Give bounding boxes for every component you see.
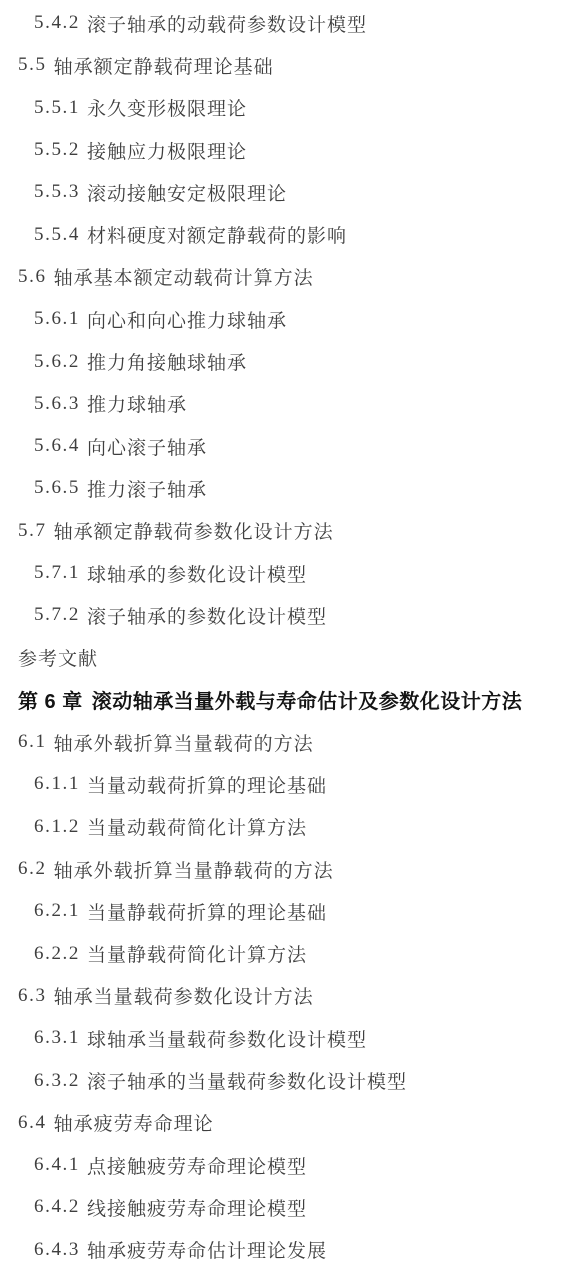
toc-item-title: 轴承疲劳寿命估计理论发展 <box>87 1236 327 1263</box>
toc-item: 5.7轴承额定静载荷参数化设计方法 <box>0 510 572 552</box>
toc-item-number: 5.5.1 <box>34 97 80 119</box>
toc-item: 6.1轴承外载折算当量载荷的方法 <box>0 721 572 763</box>
toc-item: 6.3轴承当量载荷参数化设计方法 <box>0 975 572 1017</box>
toc-item-number: 5.5.2 <box>34 139 80 161</box>
toc-item-number: 6.3.2 <box>34 1070 80 1092</box>
toc-item-title: 轴承额定静载荷参数化设计方法 <box>54 517 334 544</box>
toc-item-title: 轴承基本额定动载荷计算方法 <box>54 263 314 290</box>
toc-item: 5.5轴承额定静载荷理论基础 <box>0 44 572 86</box>
toc-page: 5.4.2滚子轴承的动载荷参数设计模型5.5轴承额定静载荷理论基础5.5.1永久… <box>0 0 572 1273</box>
toc-item-number: 5.7.2 <box>34 604 80 626</box>
toc-item-title: 材料硬度对额定静载荷的影响 <box>87 221 347 248</box>
toc-item: 6.4.2线接触疲劳寿命理论模型 <box>0 1186 572 1228</box>
toc-item: 6.3.1球轴承当量载荷参数化设计模型 <box>0 1017 572 1059</box>
toc-item-number: 6.1 <box>18 731 47 753</box>
toc-item-title: 接触应力极限理论 <box>87 137 247 164</box>
toc-item-title: 轴承外载折算当量静载荷的方法 <box>54 856 334 883</box>
toc-item-number: 6.3.1 <box>34 1027 80 1049</box>
toc-item-title: 滚子轴承的动载荷参数设计模型 <box>87 10 367 37</box>
toc-item-number: 5.7.1 <box>34 562 80 584</box>
toc-item-number: 5.5.3 <box>34 181 80 203</box>
toc-item-number: 6.4.3 <box>34 1239 80 1261</box>
toc-item-title: 推力球轴承 <box>87 390 187 417</box>
toc-item-title: 当量静载荷折算的理论基础 <box>87 898 327 925</box>
toc-item-number: 5.6.5 <box>34 477 80 499</box>
toc-item: 5.6.1向心和向心推力球轴承 <box>0 298 572 340</box>
toc-item: 5.6.5推力滚子轴承 <box>0 467 572 509</box>
toc-item-title: 向心滚子轴承 <box>87 433 207 460</box>
toc-item-number: 5.5 <box>18 54 47 76</box>
toc-item: 5.6.2推力角接触球轴承 <box>0 340 572 382</box>
toc-item-number: 5.6.3 <box>34 393 80 415</box>
toc-item: 6.2.2当量静载荷简化计算方法 <box>0 933 572 975</box>
toc-item: 6.1.1当量动载荷折算的理论基础 <box>0 763 572 805</box>
toc-item: 5.7.2滚子轴承的参数化设计模型 <box>0 594 572 636</box>
toc-item: 参考文献 <box>0 636 572 678</box>
toc-item-number: 6.4.1 <box>34 1154 80 1176</box>
toc-item-title: 轴承疲劳寿命理论 <box>54 1109 214 1136</box>
toc-item-title: 当量静载荷简化计算方法 <box>87 940 307 967</box>
toc-item-title: 球轴承的参数化设计模型 <box>87 560 307 587</box>
toc-item-title: 点接触疲劳寿命理论模型 <box>87 1152 307 1179</box>
toc-item-number: 5.6.1 <box>34 308 80 330</box>
toc-item-number: 6.3 <box>18 985 47 1007</box>
toc-item-number: 5.7 <box>18 520 47 542</box>
toc-item: 5.6.4向心滚子轴承 <box>0 425 572 467</box>
toc-item: 5.5.3滚动接触安定极限理论 <box>0 171 572 213</box>
toc-item-title: 滚子轴承的当量载荷参数化设计模型 <box>87 1067 407 1094</box>
toc-item-title: 当量动载荷折算的理论基础 <box>87 771 327 798</box>
toc-item-number: 5.6 <box>18 266 47 288</box>
toc-item: 5.5.1永久变形极限理论 <box>0 87 572 129</box>
toc-item-title: 向心和向心推力球轴承 <box>87 306 287 333</box>
toc-item: 6.2.1当量静载荷折算的理论基础 <box>0 890 572 932</box>
toc-item-number: 6.2 <box>18 858 47 880</box>
toc-item-number: 6.1.2 <box>34 816 80 838</box>
toc-item-title: 线接触疲劳寿命理论模型 <box>87 1194 307 1221</box>
chapter-heading: 第 6 章滚动轴承当量外载与寿命估计及参数化设计方法 <box>0 679 572 721</box>
toc-item: 5.6.3推力球轴承 <box>0 383 572 425</box>
toc-item-title: 推力角接触球轴承 <box>87 348 247 375</box>
toc-item: 6.4.1点接触疲劳寿命理论模型 <box>0 1144 572 1186</box>
toc-item-number: 6.1.1 <box>34 773 80 795</box>
toc-item: 5.6轴承基本额定动载荷计算方法 <box>0 256 572 298</box>
toc-item-title: 滚动接触安定极限理论 <box>87 179 287 206</box>
toc-item: 6.4.3轴承疲劳寿命估计理论发展 <box>0 1229 572 1271</box>
toc-item-number: 5.4.2 <box>34 12 80 34</box>
toc-item: 6.1.2当量动载荷简化计算方法 <box>0 806 572 848</box>
toc-item: 5.4.2滚子轴承的动载荷参数设计模型 <box>0 2 572 44</box>
toc-item-number: 6.4.2 <box>34 1196 80 1218</box>
toc-item-number: 6.2.1 <box>34 900 80 922</box>
toc-item-title: 滚子轴承的参数化设计模型 <box>87 602 327 629</box>
toc-item-number: 5.6.2 <box>34 351 80 373</box>
toc-item-title: 轴承额定静载荷理论基础 <box>54 52 274 79</box>
toc-item: 5.7.1球轴承的参数化设计模型 <box>0 552 572 594</box>
toc-item-title: 滚动轴承当量外载与寿命估计及参数化设计方法 <box>92 685 523 714</box>
toc-item-number: 5.6.4 <box>34 435 80 457</box>
toc-item-title: 参考文献 <box>18 644 98 671</box>
toc-item-title: 当量动载荷简化计算方法 <box>87 813 307 840</box>
toc-item: 5.5.4材料硬度对额定静载荷的影响 <box>0 213 572 255</box>
toc-item-title: 轴承外载折算当量载荷的方法 <box>54 729 314 756</box>
toc-item: 6.3.2滚子轴承的当量载荷参数化设计模型 <box>0 1059 572 1101</box>
toc-item-number: 6.4 <box>18 1112 47 1134</box>
toc-item: 6.4轴承疲劳寿命理论 <box>0 1102 572 1144</box>
toc-item: 5.5.2接触应力极限理论 <box>0 129 572 171</box>
toc-item-number: 5.5.4 <box>34 224 80 246</box>
toc-item-title: 推力滚子轴承 <box>87 475 207 502</box>
toc-item-number: 6.2.2 <box>34 943 80 965</box>
toc-item-title: 永久变形极限理论 <box>87 94 247 121</box>
toc-list: 5.4.2滚子轴承的动载荷参数设计模型5.5轴承额定静载荷理论基础5.5.1永久… <box>0 2 572 1271</box>
toc-item-title: 球轴承当量载荷参数化设计模型 <box>87 1025 367 1052</box>
toc-item-number: 第 6 章 <box>18 685 83 714</box>
toc-item-title: 轴承当量载荷参数化设计方法 <box>54 982 314 1009</box>
toc-item: 6.2轴承外载折算当量静载荷的方法 <box>0 848 572 890</box>
